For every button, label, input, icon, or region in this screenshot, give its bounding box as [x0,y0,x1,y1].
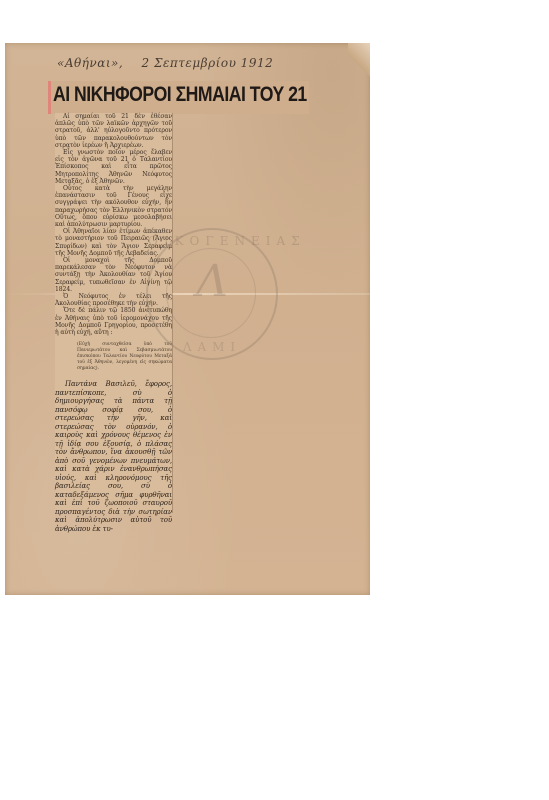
stamp-ring-text-bottom: ΛΑΜΙ [148,340,276,354]
paragraph: Αί σημαίαι τοῦ 21 δὲν ἐθέσαν ἁπλῶς ὑπὸ τ… [55,113,172,149]
paragraph: Εἷς γνωστὸν ποῖον μέρος ἔλαβεν εἰς τὸν ἀ… [55,149,172,185]
headline: ΑΙ ΝΙΚΗΦΟΡΟΙ ΣΗΜΑΙΑΙ ΤΟΥ 21 [53,83,307,107]
paragraph: Οὗτος κατὰ τὴν μεγάλην ἐπανάστασιν τοῦ Γ… [55,185,172,228]
handwritten-date: 2 Σεπτεμβρίου 1912 [142,56,274,70]
stamp-ring-text-top: ΟΙΚΟΓΕΝΕΙΑΣ [148,234,276,248]
prayer-text: Παντάνα Βασιλεῦ, ἔφορος, παντεπίσκοπε, σ… [55,380,172,533]
folded-corner [348,43,370,77]
watermark-stamp: ΟΙΚΟΓΕΝΕΙΑΣ Λ ΛΑΜΙ [146,228,278,360]
stamp-monogram: Λ [148,256,276,307]
handwritten-source: «Αθήναι», [57,56,123,70]
handwritten-annotation: «Αθήναι», 2 Σεπτεμβρίου 1912 [57,56,287,70]
scanned-page: «Αθήναι», 2 Σεπτεμβρίου 1912 ΑΙ ΝΙΚΗΦΟΡΟ… [5,43,370,595]
